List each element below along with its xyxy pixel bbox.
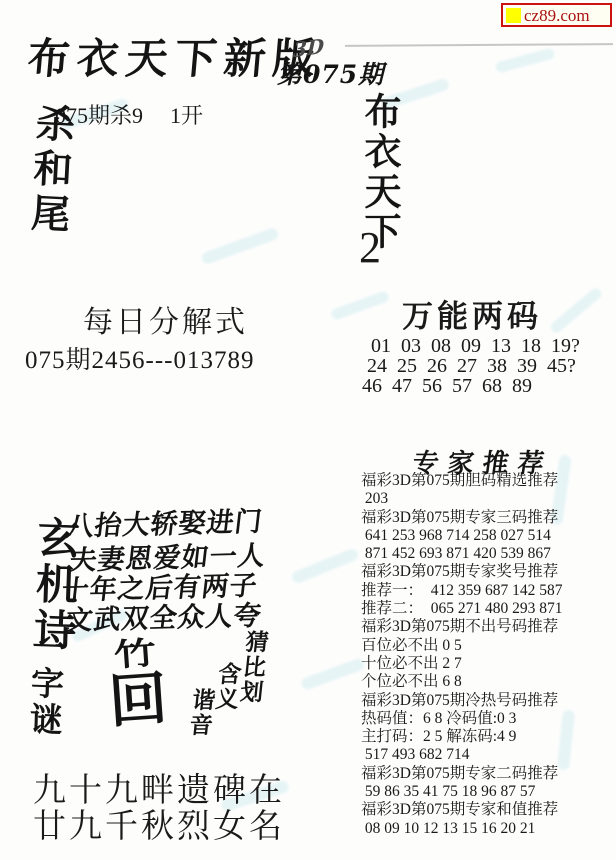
yellow-square-icon (506, 8, 521, 23)
issue-label: 第075期 (277, 55, 384, 91)
open-line: 1开 (170, 99, 203, 130)
header-rule (345, 43, 613, 47)
expert-line: 主打码：2 5 解冻码:4 9 (361, 728, 613, 746)
expert-line: 福彩3D第075期胆码精选推荐 (361, 472, 613, 490)
expert-line: 福彩3D第075期不出号码推荐 (361, 618, 613, 636)
riddle-glyph-bottom: 回 (93, 668, 183, 732)
site-link[interactable]: cz89.com (524, 7, 590, 24)
two-codes-row: 46 47 56 57 68 89 (362, 376, 532, 396)
expert-line: 08 09 10 12 13 15 16 20 21 (361, 820, 613, 838)
expert-line: 推荐二： 065 271 480 293 871 (361, 600, 613, 618)
expert-line: 推荐一： 412 359 687 142 587 (361, 582, 613, 600)
riddle-glyph-top: 竹 (91, 639, 179, 670)
expert-line: 203 (361, 490, 613, 508)
watermark (300, 657, 366, 691)
watermark (290, 547, 359, 584)
expert-line: 59 86 35 41 75 18 96 87 57 (361, 783, 613, 801)
daily-formula: 075期2456---013789 (25, 340, 254, 376)
expert-line: 热码值：6 8 冷码值:0 3 (361, 710, 613, 728)
expert-line: 641 253 968 714 258 027 514 (361, 527, 613, 545)
expert-line: 福彩3D第075期专家奖号推荐 (361, 563, 613, 581)
expert-line: 福彩3D第075期专家二码推荐 (361, 765, 613, 783)
expert-lines: 福彩3D第075期胆码精选推荐 203 福彩3D第075期专家三码推荐 641 … (361, 472, 613, 838)
lottery-sheet: cz89.com 布衣天下新版 3D 第075期 075期杀9 1开 杀和尾 布… (0, 0, 616, 860)
two-codes-title: 万能两码 (402, 291, 542, 336)
site-badge[interactable]: cz89.com (501, 3, 612, 27)
watermark (549, 286, 604, 334)
poem-line: 文武双全众人夸 (64, 593, 264, 637)
daily-title: 每日分解式 (83, 297, 248, 341)
watermark (330, 290, 390, 321)
expert-line: 个位必不出 6 8 (361, 673, 613, 691)
expert-line: 十位必不出 2 7 (361, 655, 613, 673)
riddle-hint: 谐音 (181, 688, 219, 738)
expert-line: 福彩3D第075期专家和值推荐 (361, 801, 613, 819)
two-codes-row: 24 25 26 27 38 39 45? (367, 356, 576, 376)
expert-line: 百位必不出 0 5 (361, 637, 613, 655)
expert-line: 福彩3D第075期冷热号码推荐 (361, 692, 613, 710)
two-codes-row: 01 03 08 09 13 18 19? (371, 336, 580, 356)
brand-number: 2 (359, 222, 381, 273)
riddle-glyph: 竹 回 (91, 635, 183, 732)
expert-line: 871 452 693 871 420 539 867 (361, 545, 613, 563)
kill-vertical-label: 杀和尾 (19, 102, 82, 240)
riddle-label: 一字谜 (20, 629, 71, 739)
watermark (495, 47, 556, 73)
bottom-poem-line: 廿九千秋烈女名 (33, 800, 285, 847)
expert-line: 福彩3D第075期专家三码推荐 (361, 509, 613, 527)
expert-line: 517 493 682 714 (361, 746, 613, 764)
watermark (200, 227, 279, 266)
